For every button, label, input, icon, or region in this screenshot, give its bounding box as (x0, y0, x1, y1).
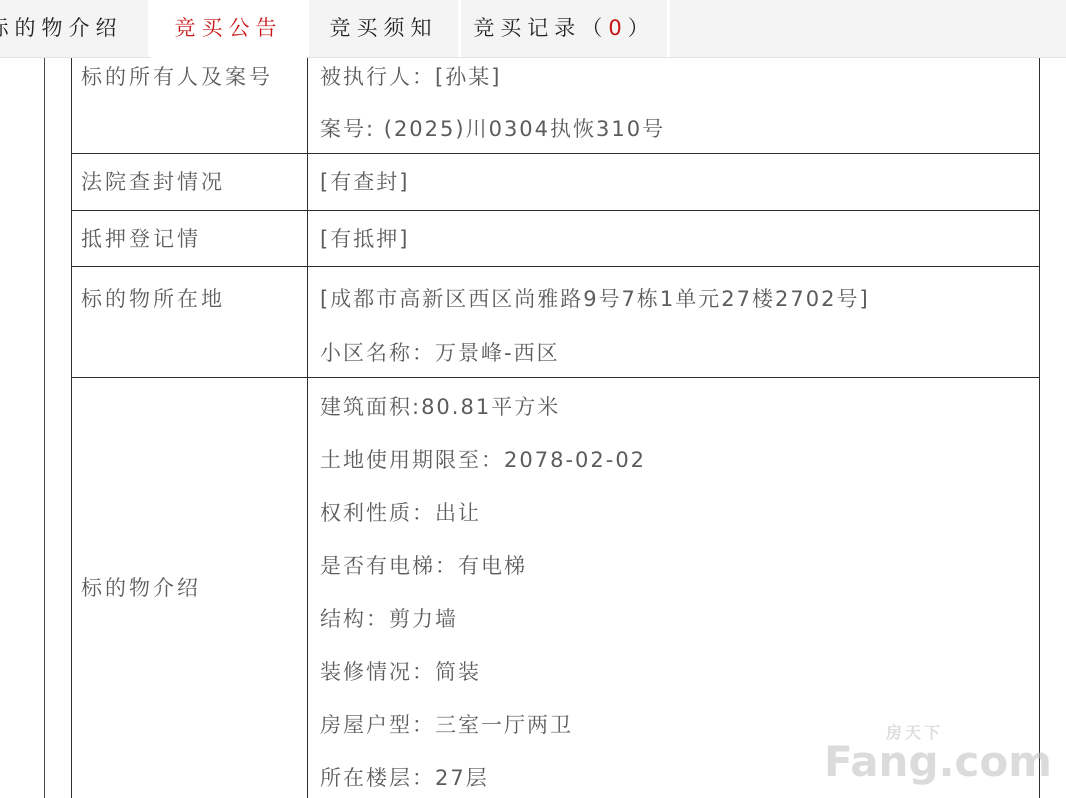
value-line: 是否有电梯：有电梯 (320, 547, 1039, 585)
tab-separator (458, 0, 461, 57)
row-label: 标的物所在地 (72, 267, 308, 377)
auction-detail-page: 标的物介绍 竞买公告 竞买须知 竞买记录（0） 标的所有人及案号 被执行人：[孙… (0, 0, 1066, 798)
tab-record[interactable]: 竞买记录（0） (461, 0, 667, 57)
row-label: 标的所有人及案号 (72, 58, 308, 153)
table-row-owner-case: 标的所有人及案号 被执行人：[孙某] 案号: (2025)川0304执恢310号 (72, 58, 1039, 154)
cropped-table-left-border (44, 57, 45, 798)
value-line: [成都市高新区西区尚雅路9号7栋1单元27楼2702号] (320, 280, 1039, 318)
value-line: 土地使用期限至：2078-02-02 (320, 441, 1039, 479)
tab-record-suffix: ） (628, 16, 655, 40)
value-line: [有查封] (320, 163, 1039, 201)
row-value: 建筑面积:80.81平方米 土地使用期限至：2078-02-02 权利性质：出让… (308, 378, 1039, 798)
tab-item-intro[interactable]: 标的物介绍 (0, 0, 148, 57)
value-line: 被执行人：[孙某] (320, 58, 1039, 96)
tab-bar: 标的物介绍 竞买公告 竞买须知 竞买记录（0） (0, 0, 1066, 58)
row-value: [有抵押] (308, 211, 1039, 266)
tab-record-prefix: 竞买记录（ (473, 16, 608, 40)
value-line: 建筑面积:80.81平方米 (320, 388, 1039, 426)
value-line: 案号: (2025)川0304执恢310号 (320, 110, 1039, 148)
table-row-mortgage: 抵押登记情 [有抵押] (72, 211, 1039, 267)
row-label: 抵押登记情 (72, 211, 308, 266)
property-detail-table: 标的所有人及案号 被执行人：[孙某] 案号: (2025)川0304执恢310号… (71, 57, 1040, 798)
tab-separator (306, 0, 309, 57)
row-value: [成都市高新区西区尚雅路9号7栋1单元27楼2702号] 小区名称：万景峰-西区 (308, 267, 1039, 377)
tab-announcement[interactable]: 竞买公告 (151, 0, 306, 59)
row-value: [有查封] (308, 154, 1039, 210)
row-value: 被执行人：[孙某] 案号: (2025)川0304执恢310号 (308, 58, 1039, 153)
row-label: 法院查封情况 (72, 154, 308, 210)
tab-record-count: 0 (608, 16, 627, 40)
value-line: 权利性质：出让 (320, 494, 1039, 532)
table-row-location: 标的物所在地 [成都市高新区西区尚雅路9号7栋1单元27楼2702号] 小区名称… (72, 267, 1039, 378)
value-line: 结构：剪力墙 (320, 600, 1039, 638)
tab-separator (667, 0, 670, 57)
table-row-description: 标的物介绍 建筑面积:80.81平方米 土地使用期限至：2078-02-02 权… (72, 378, 1039, 798)
value-line: 房屋户型：三室一厅两卫 (320, 706, 1039, 744)
value-line: 所在楼层：27层 (320, 759, 1039, 797)
row-label: 标的物介绍 (72, 378, 308, 798)
value-line: 装修情况：简装 (320, 653, 1039, 691)
table-row-court-seal: 法院查封情况 [有查封] (72, 154, 1039, 211)
tab-notice[interactable]: 竞买须知 (309, 0, 458, 57)
value-line: [有抵押] (320, 220, 1039, 258)
value-line: 小区名称：万景峰-西区 (320, 334, 1039, 372)
